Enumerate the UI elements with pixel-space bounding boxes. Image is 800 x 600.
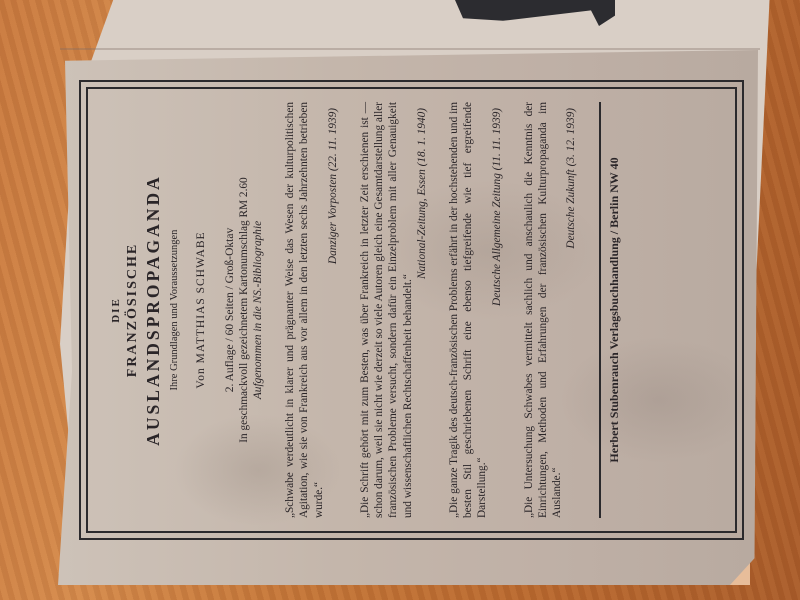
- binding-price: In geschmackvoll gezeichnetem Kartonumsc…: [237, 102, 251, 518]
- title-article: DIE: [109, 102, 123, 518]
- title-line-2: AUSLANDSPROPAGANDA: [142, 102, 164, 518]
- review-2: „Die Schrift gehört mit zum Besten, was …: [358, 102, 429, 518]
- review-text: „Die ganze Tragik des deutsch-französisc…: [447, 102, 490, 518]
- spine-fold: [60, 48, 760, 50]
- advertisement-body: DIE FRANZÖSISCHE AUSLANDSPROPAGANDA Ihre…: [109, 102, 714, 518]
- bibliography-note: Aufgenommen in die NS.-Bibliographie: [251, 102, 265, 518]
- subtitle: Ihre Grundlagen und Voraussetzungen: [168, 102, 182, 518]
- review-text: „Schwabe verdeutlicht in klarer und präg…: [283, 102, 326, 518]
- title-line-1: FRANZÖSISCHE: [124, 102, 142, 518]
- review-source: National-Zeitung, Essen (18. 1. 1940): [415, 102, 429, 518]
- review-1: „Schwabe verdeutlicht in klarer und präg…: [283, 102, 340, 518]
- review-text: „Die Untersuchung Schwabes vermittelt sa…: [522, 102, 565, 518]
- review-3: „Die ganze Tragik des deutsch-französisc…: [447, 102, 504, 518]
- edition-info: 2. Auflage / 60 Seiten / Groß-Oktav: [223, 102, 237, 518]
- review-source: Deutsche Allgemeine Zeitung (11. 11. 193…: [490, 102, 504, 518]
- review-4: „Die Untersuchung Schwabes vermittelt sa…: [522, 102, 579, 518]
- publisher-imprint: Herbert Stubenrauch Verlagsbuchhandlung …: [599, 102, 621, 518]
- review-source: Deutsche Zukunft (3. 12. 1939): [564, 102, 578, 518]
- printed-advertisement: DIE FRANZÖSISCHE AUSLANDSPROPAGANDA Ihre…: [79, 80, 744, 540]
- review-text: „Die Schrift gehört mit zum Besten, was …: [358, 102, 415, 518]
- author: Von MATTHIAS SCHWABE: [194, 102, 208, 518]
- review-source: Danziger Vorposten (22. 11. 1939): [326, 102, 340, 518]
